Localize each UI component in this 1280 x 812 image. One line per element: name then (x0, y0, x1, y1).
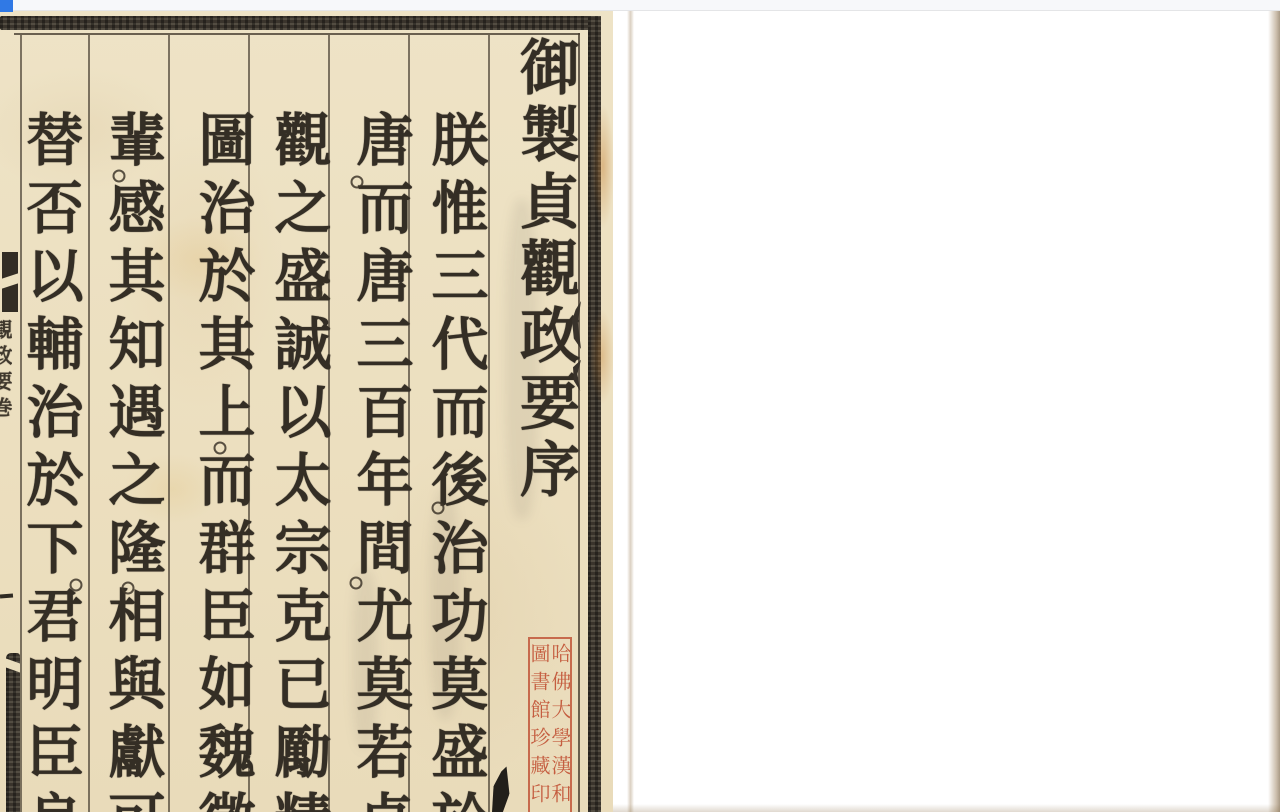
page-right-edge (1268, 9, 1280, 812)
text-column-title: 御製貞觀政要序 (509, 36, 581, 549)
ink-blot (489, 765, 514, 812)
text-column-2: 朕惟三代而後治功莫盛於 (421, 110, 489, 812)
seal-column-left: 圖書館珍藏印 (528, 643, 549, 812)
left-page-scan: 御製貞觀政要序 朕惟三代而後治功莫盛於 唐而唐三百年間尤莫若貞 觀之盛誠以太宗克… (0, 9, 613, 812)
page-bottom-shade (613, 804, 1280, 812)
browser-tab-accent[interactable] (0, 0, 13, 12)
screenshot-root: 御製貞觀政要序 朕惟三代而後治功莫盛於 唐而唐三百年間尤莫若貞 觀之盛誠以太宗克… (0, 0, 1280, 812)
text-column-7: 替否以輔治於下君明臣良 (16, 110, 84, 812)
page-crease (627, 9, 634, 812)
library-seal: 哈佛大學漢和 圖書館珍藏印 (528, 637, 572, 812)
text-column-4: 觀之盛誠以太宗克已勵精 (264, 110, 332, 812)
seal-column-right: 哈佛大學漢和 (549, 643, 570, 812)
right-page-scan (613, 9, 1280, 812)
frame-top-inner-line (14, 33, 580, 35)
column-rule (168, 35, 170, 812)
frame-right-border (588, 16, 601, 812)
frame-top-border (0, 16, 601, 30)
text-column-5: 圖治於其上而群臣如魏徵 (188, 110, 256, 812)
column-rule (88, 35, 90, 812)
browser-top-strip (0, 0, 1280, 11)
spine-title-label: 観政要巻 (0, 319, 12, 459)
spine-page-number-mark (0, 594, 13, 599)
spine-black-bar (6, 653, 20, 812)
text-column-6: 輩感其知遇之隆相與獻可 (98, 110, 166, 812)
text-column-3: 唐而唐三百年間尤莫若貞 (346, 110, 414, 812)
spine-fishtail-mark (2, 252, 18, 312)
